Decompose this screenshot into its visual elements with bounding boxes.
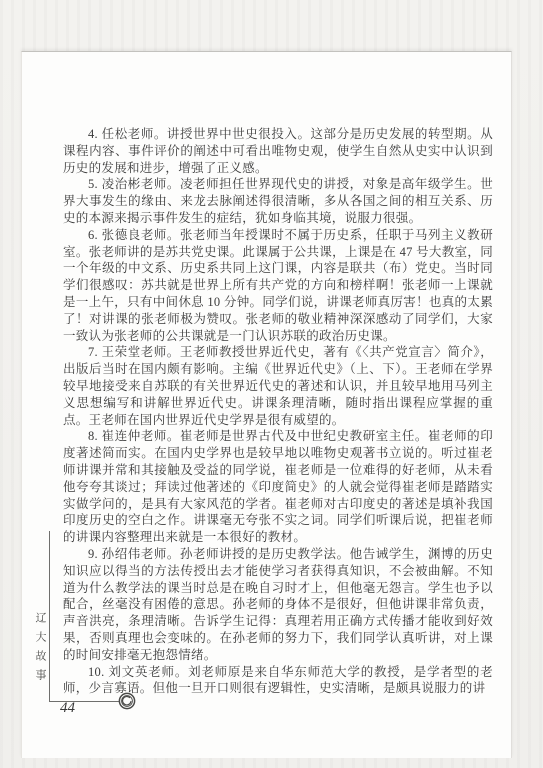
paragraph-teacher-7: 7. 王荣堂老师。王老师教授世界近代史，著有《〈共产党宣言〉简介》，出版后当时在… bbox=[63, 344, 493, 428]
paragraph-teacher-6: 6. 张德良老师。张老师当年授课时不属于历史系，任职于马列主义教研室。张老师讲的… bbox=[63, 227, 493, 345]
page-number: 44 bbox=[60, 700, 75, 717]
circular-emblem-icon bbox=[118, 692, 136, 710]
paragraph-teacher-8: 8. 崔连仲老师。崔老师是世界古代及中世纪史教研室主任。崔老师的印度著述简而实。… bbox=[63, 428, 493, 546]
paragraph-teacher-4: 4. 任松老师。讲授世界中世史很投入。这部分是历史发展的转型期。从课程内容、事件… bbox=[63, 126, 493, 176]
page-text-block: 4. 任松老师。讲授世界中世史很投入。这部分是历史发展的转型期。从课程内容、事件… bbox=[63, 126, 493, 697]
series-tab-label: 辽大故事 bbox=[32, 612, 48, 742]
paragraph-teacher-5: 5. 凌治彬老师。凌老师担任世界现代史的讲授，对象是高年级学生。世界大事发生的缘… bbox=[63, 176, 493, 226]
book-page: 4. 任松老师。讲授世界中世史很投入。这部分是历史发展的转型期。从课程内容、事件… bbox=[21, 51, 512, 758]
series-tab-rule-vertical bbox=[49, 531, 50, 701]
paragraph-teacher-9: 9. 孙绍伟老师。孙老师讲授的是历史教学法。他告诫学生，渊博的历史知识应以得当的… bbox=[63, 546, 493, 664]
